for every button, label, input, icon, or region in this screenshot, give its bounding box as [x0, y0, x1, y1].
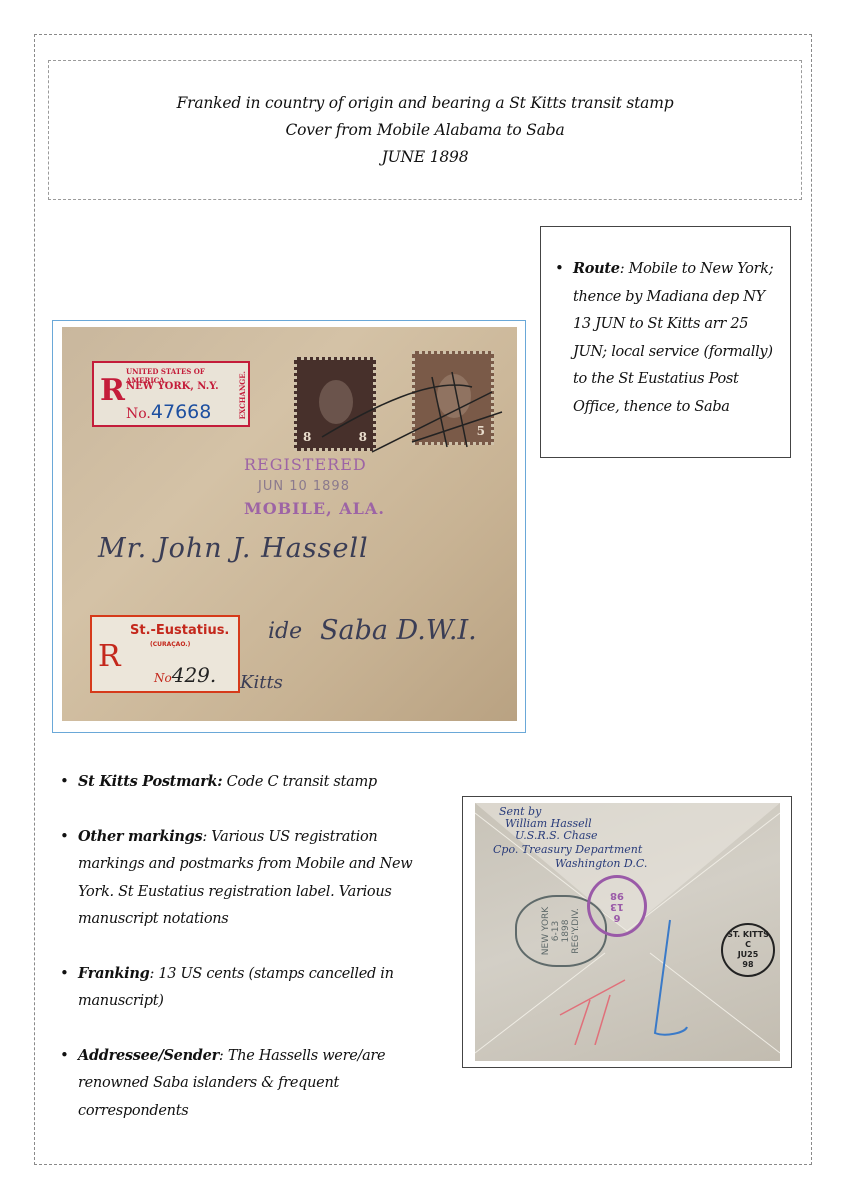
us-label-city: NEW YORK, N.Y.	[126, 381, 219, 392]
title-line-3: JUNE 1898	[382, 144, 469, 171]
st-eustatius-registration-label: R St.-Eustatius. (CURAÇAO.) No429.	[90, 615, 240, 693]
note-other-markings: Other markings: Various US registration …	[60, 823, 440, 934]
us-label-no-prefix: No.	[126, 406, 151, 422]
st-kitts-postmark-name: ST. KITTS	[727, 930, 769, 940]
st-eustatius-office: St.-Eustatius.	[130, 623, 229, 638]
route-list: Route: Mobile to New York; thence by Mad…	[555, 255, 778, 421]
registered-date: JUN 10 1898	[258, 479, 350, 494]
address-line-fragment: ide	[268, 619, 302, 644]
red-pencil-mark-icon	[555, 975, 645, 1045]
note-addressee-sender: Addressee/Sender: The Hassells were/are …	[60, 1042, 440, 1126]
st-kitts-postmark-code: C	[727, 940, 769, 950]
blue-pencil-mark-icon	[645, 915, 695, 1045]
back-cover-photo: Sent by William Hassell U.S.R.S. Chase C…	[475, 803, 780, 1061]
route-text: : Mobile to New York; thence by Madiana …	[573, 261, 773, 415]
registration-r-mark: R	[100, 373, 125, 408]
manuscript-cancel-icon	[312, 367, 512, 457]
note-st-kitts-postmark: St Kitts Postmark: Code C transit stamp	[60, 768, 440, 797]
front-cover-photo: R UNITED STATES OF AMERICA. NEW YORK, N.…	[62, 327, 517, 721]
ny-postmark-division: REG'Y.DIV.	[571, 907, 581, 955]
sender-line-4: Cpo. Treasury Department	[493, 843, 642, 856]
purple-postmark-month: 6	[610, 912, 624, 923]
st-eustatius-number-row: No429.	[154, 663, 216, 687]
st-eustatius-no-prefix: No	[154, 671, 172, 685]
st-eustatius-colony: (CURAÇAO.)	[150, 641, 190, 648]
st-kitts-transit-postmark: ST. KITTS C JU25 98	[721, 923, 775, 977]
purple-postmark: 6 13 98	[587, 875, 647, 937]
registered-handstamp: REGISTERED	[244, 455, 367, 474]
registration-r-mark: R	[98, 639, 121, 674]
us-registration-label: R UNITED STATES OF AMERICA. NEW YORK, N.…	[92, 361, 250, 427]
us-label-exchange: EXCHANGE.	[238, 371, 247, 419]
front-cover-image: R UNITED STATES OF AMERICA. NEW YORK, N.…	[52, 320, 526, 733]
st-eustatius-number: 429.	[172, 663, 217, 687]
ny-postmark-city: NEW YORK	[541, 907, 551, 955]
stamp-value-left: 8	[303, 430, 311, 444]
route-label: Route	[573, 260, 620, 277]
st-kitts-postmark-date: JU25	[727, 950, 769, 960]
notes-list: St Kitts Postmark: Code C transit stamp …	[60, 768, 440, 1151]
registered-city: MOBILE, ALA.	[244, 499, 385, 518]
back-cover-image: Sent by William Hassell U.S.R.S. Chase C…	[462, 796, 792, 1068]
route-item: Route: Mobile to New York; thence by Mad…	[555, 255, 778, 421]
title-line-2: Cover from Mobile Alabama to Saba	[285, 117, 564, 144]
sender-line-3: U.S.R.S. Chase	[515, 829, 598, 842]
us-label-number-row: No.47668	[126, 401, 211, 423]
title-box: Franked in country of origin and bearing…	[48, 60, 802, 200]
address-line-name: Mr. John J. Hassell	[98, 533, 369, 564]
note-label: Franking	[78, 965, 149, 982]
note-label: St Kitts Postmark:	[78, 773, 222, 790]
address-line-kitts: Kitts	[240, 672, 283, 693]
route-box: Route: Mobile to New York; thence by Mad…	[540, 226, 791, 458]
ny-postmark-year: 1898	[561, 907, 571, 955]
purple-postmark-day: 13	[610, 901, 624, 912]
note-label: Other markings	[78, 828, 202, 845]
note-text: Code C transit stamp	[222, 774, 377, 790]
note-franking: Franking: 13 US cents (stamps cancelled …	[60, 960, 440, 1016]
title-line-1: Franked in country of origin and bearing…	[177, 90, 674, 117]
purple-postmark-year: 98	[610, 890, 624, 901]
us-label-number: 47668	[151, 401, 211, 423]
note-label: Addressee/Sender	[78, 1047, 219, 1064]
st-kitts-postmark-year: 98	[727, 960, 769, 970]
ny-postmark-date: 6-13	[551, 907, 561, 955]
address-line-destination: Saba D.W.I.	[320, 615, 477, 646]
sender-line-5: Washington D.C.	[555, 857, 647, 870]
